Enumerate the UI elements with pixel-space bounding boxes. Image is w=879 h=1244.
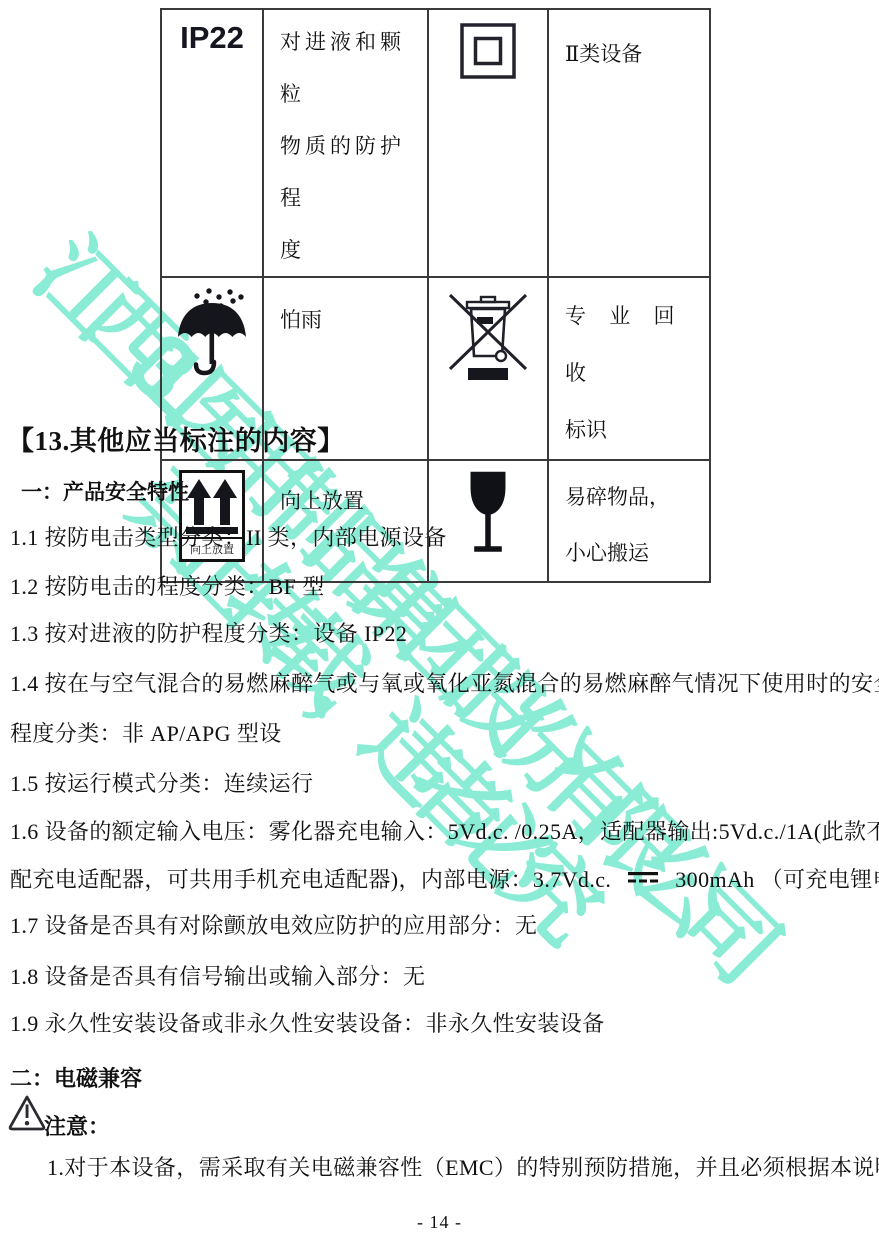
ip22-marking: IP22: [162, 10, 262, 56]
list-item-1-7: 1.7 设备是否具有对除颤放电效应防护的应用部分：无: [10, 909, 537, 940]
list-item-1-6-cont: 配充电适配器，可共用手机充电适配器)，内部电源：3.7Vd.c. 300mAh …: [10, 863, 879, 894]
symbol-legend-table: IP22 对进液和颗粒 物质的防护程 度: [160, 8, 711, 583]
symbol-desc: 怕雨: [264, 278, 427, 346]
document-page: 江西3L医用制品集团股份有限公司 禁止转载，违者必究 IP22 对进液和颗粒 物…: [0, 0, 879, 1244]
symbol-desc: 对进液和颗粒 物质的防护程 度: [264, 10, 427, 276]
symbol-desc: 专 业 回 收 标识: [549, 278, 709, 459]
weee-crossed-bin-icon: [429, 284, 547, 382]
list-item-1-1: 1.1 按防电击类型分类：II 类，内部电源设备: [10, 521, 447, 552]
part1-heading: 一：产品安全特性: [21, 476, 189, 506]
keep-dry-umbrella-icon: [162, 286, 262, 378]
list-item-1-6: 1.6 设备的额定输入电压：雾化器充电输入：5Vd.c. /0.25A，适配器输…: [10, 815, 879, 846]
list-item-1-8: 1.8 设备是否具有信号输出或输入部分：无: [10, 960, 425, 991]
list-item-1-4: 1.4 按在与空气混合的易燃麻醉气或与氧或氧化亚氮混合的易燃麻醉气情况下使用时的…: [10, 667, 879, 698]
class-ii-equipment-icon: [429, 22, 547, 80]
note-label: 注意：: [44, 1110, 110, 1141]
symbol-desc: 向上放置: [264, 461, 427, 527]
list-item-1-9: 1.9 永久性安装设备或非永久性安装设备：非永久性安装设备: [10, 1007, 605, 1038]
note-item-1: 1.对于本设备，需采取有关电磁兼容性（EMC）的特别预防措施，并且必须根据本说明…: [47, 1151, 879, 1182]
list-item-1-5: 1.5 按运行模式分类：连续运行: [10, 767, 313, 798]
list-item-1-2: 1.2 按防电击的程度分类：BF 型: [10, 570, 325, 601]
warning-triangle-icon: [6, 1093, 48, 1140]
symbol-desc: 易碎物品， 小心搬运: [549, 461, 709, 581]
table-row: IP22 对进液和颗粒 物质的防护程 度: [161, 9, 710, 277]
section-13-heading: 【13.其他应当标注的内容】: [7, 419, 345, 458]
dc-current-icon: [625, 864, 661, 890]
page-number: - 14 -: [0, 1212, 879, 1233]
list-item-1-3: 1.3 按对进液的防护程度分类：设备 IP22: [10, 617, 407, 648]
part2-heading: 二：电磁兼容: [10, 1062, 142, 1093]
symbol-desc: Ⅱ类设备: [549, 10, 709, 83]
list-item-1-4-cont: 程度分类：非 AP/APG 型设: [10, 717, 282, 748]
page-content: IP22 对进液和颗粒 物质的防护程 度: [0, 0, 879, 1244]
